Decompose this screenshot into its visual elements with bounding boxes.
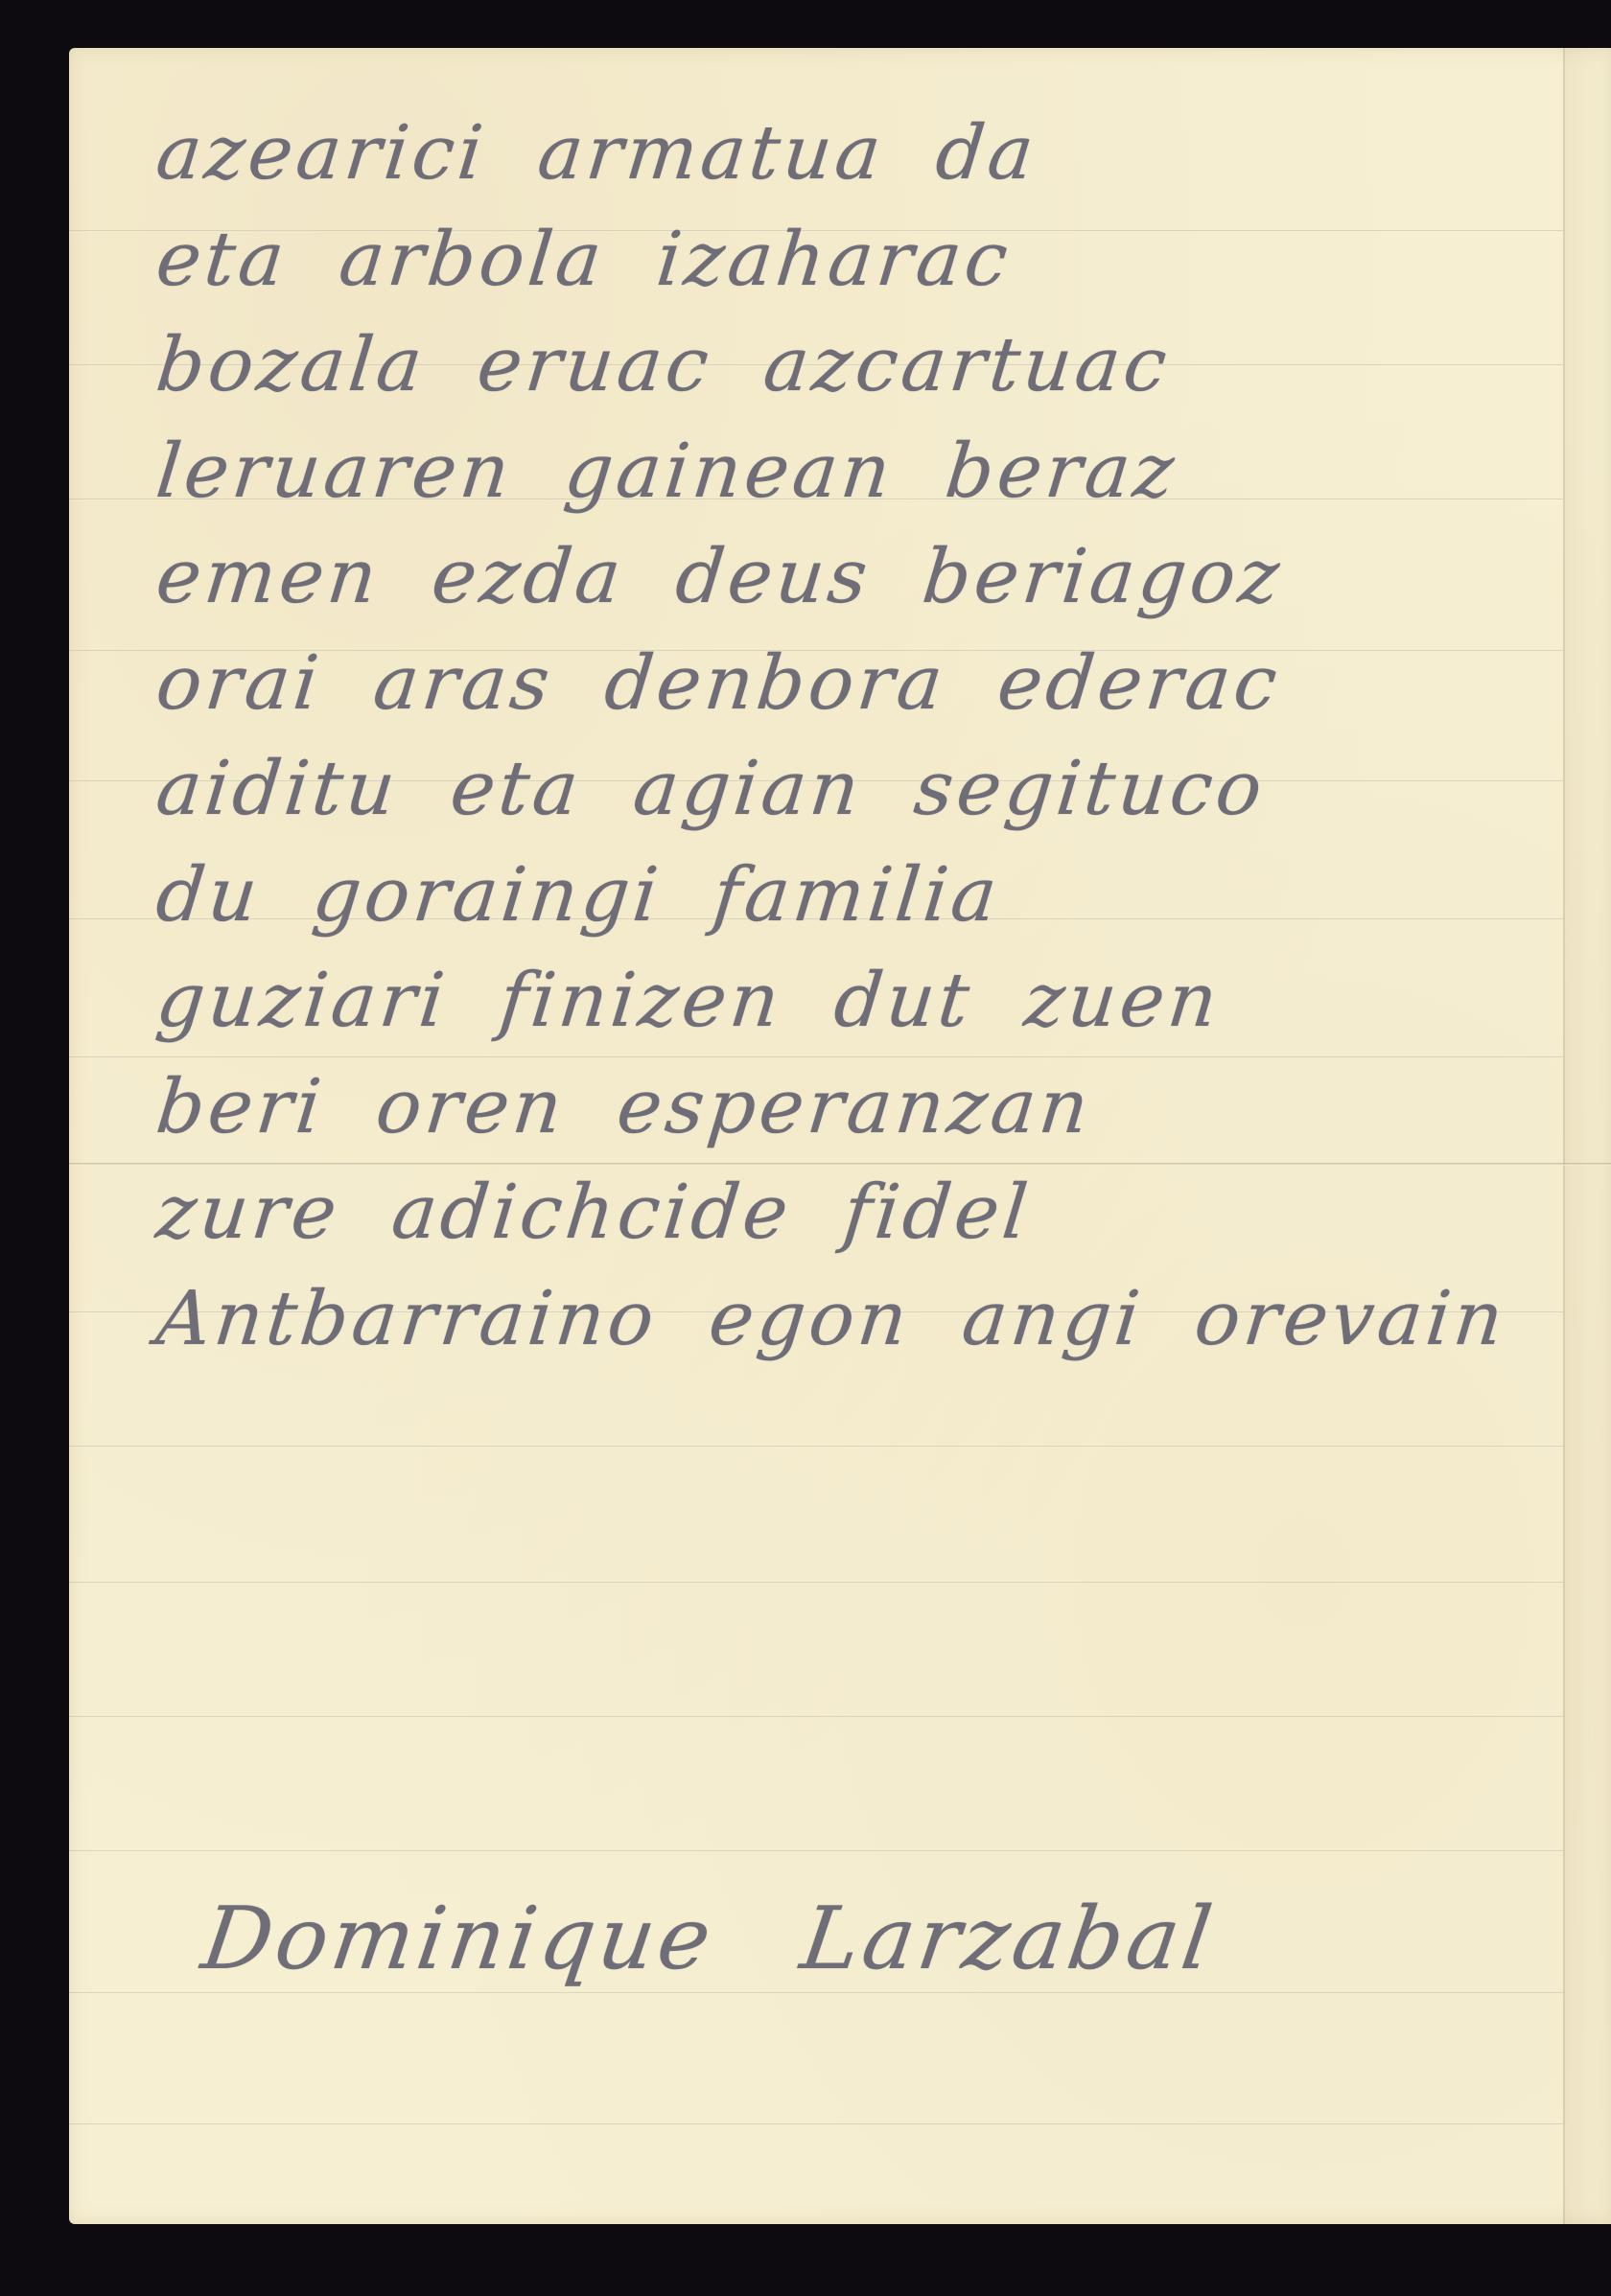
text-line: emen ezda deus beriagoz <box>150 539 1580 645</box>
text-line: leruaren gainean beraz <box>150 433 1580 540</box>
text-line: orai aras denbora ederac <box>150 645 1580 752</box>
ruled-line <box>69 2123 1563 2124</box>
ruled-line <box>69 1446 1563 1447</box>
text-line: beri oren esperanzan <box>150 1069 1580 1175</box>
letter-body: azearici armatua da eta arbola izaharac … <box>155 115 1575 1386</box>
scan-background: azearici armatua da eta arbola izaharac … <box>0 0 1611 2296</box>
text-line: Antbarraino egon angi orevain <box>150 1281 1580 1387</box>
text-line: du goraingi familia <box>150 857 1580 963</box>
text-line: eta arbola izaharac <box>150 221 1580 328</box>
text-line: aiditu eta agian segituco <box>150 751 1580 857</box>
letter-page: azearici armatua da eta arbola izaharac … <box>69 48 1611 2224</box>
text-line: azearici armatua da <box>150 115 1580 221</box>
ruled-line <box>69 1716 1563 1717</box>
text-line: zure adichcide fidel <box>150 1174 1580 1281</box>
ruled-line <box>69 1582 1563 1583</box>
ruled-line <box>69 1992 1563 1993</box>
ruled-line <box>69 1850 1563 1851</box>
signature: Dominique Larzabal <box>197 1889 1222 1989</box>
text-line: guziari finizen dut zuen <box>150 962 1580 1069</box>
text-line: bozala eruac azcartuac <box>150 327 1580 433</box>
